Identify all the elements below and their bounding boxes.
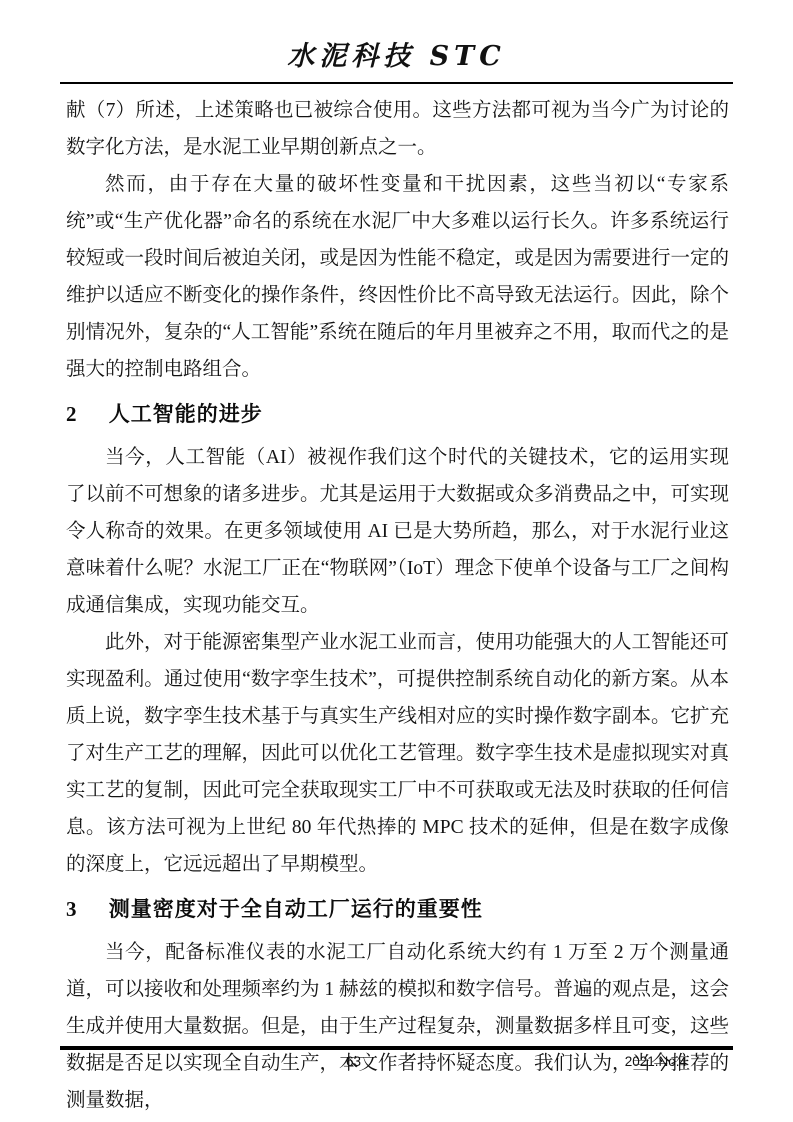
journal-title: 水泥科技 STC [0,40,793,74]
footer-row: 63 2021.No.4 [60,1054,733,1072]
document-page: 水泥科技 STC 献（7）所述，上述策略也已被综合使用。这些方法都可视为当今广为… [0,0,793,1122]
paragraph: 当今，人工智能（AI）被视作我们这个时代的关键技术，它的运用实现了以前不可想象的… [66,439,729,624]
paragraph: 当今，配备标准仪表的水泥工厂自动化系统大约有 1 万至 2 万个测量通道，可以接… [66,934,729,1119]
section-title: 人工智能的进步 [109,403,263,426]
section-heading-3: 3 测量密度对于全自动工厂运行的重要性 [66,891,729,928]
section-number: 3 [66,897,77,921]
page-footer: 63 2021.No.4 [60,1046,733,1072]
paragraph-continuation: 献（7）所述，上述策略也已被综合使用。这些方法都可视为当今广为讨论的数字化方法，… [66,92,729,166]
page-header: 水泥科技 STC [0,0,793,84]
paragraph: 然而，由于存在大量的破坏性变量和干扰因素，这些当初以“专家系统”或“生产优化器”… [66,166,729,388]
section-number: 2 [66,402,77,426]
section-title: 测量密度对于全自动工厂运行的重要性 [109,898,483,921]
page-number: 63 [17,1054,690,1069]
header-rule [60,82,733,84]
article-body: 献（7）所述，上述策略也已被综合使用。这些方法都可视为当今广为讨论的数字化方法，… [66,92,729,1119]
section-heading-2: 2 人工智能的进步 [66,396,729,433]
paragraph: 此外，对于能源密集型产业水泥工业而言，使用功能强大的人工智能还可实现盈利。通过使… [66,624,729,883]
footer-rule [60,1046,733,1050]
issue-number: 2021.No.4 [625,1054,687,1069]
